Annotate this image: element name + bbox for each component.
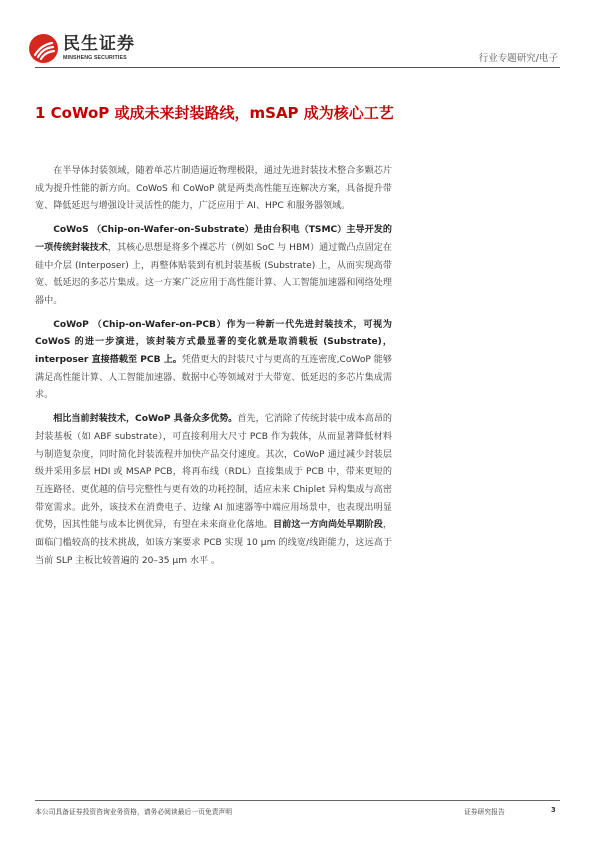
company-logo: 民生证券 MINSHENG SECURITIES — [29, 30, 135, 66]
paragraph-bold-emphasis: 目前这一方向尚处早期阶段 — [273, 520, 383, 530]
paragraph-cowop: CoWoP （Chip-on-Wafer-on-PCB）作为一种新一代先进封装技… — [35, 317, 392, 406]
paragraph-text: 在半导体封装领域，随着单芯片制造逼近物理极限，通过先进封装技术整合多颗芯片成为提… — [35, 166, 392, 211]
footer-divider — [35, 800, 560, 801]
paragraph-text: 首先，它消除了传统封装中成本高昂的封装基板（如 ABF substrate），可… — [35, 414, 392, 530]
report-category: 行业专题研究/电子 — [479, 50, 558, 64]
logo-english-name: MINSHENG SECURITIES — [63, 54, 135, 62]
header-divider — [35, 67, 560, 68]
footer-disclaimer: 本公司具备证券投资咨询业务资格，请务必阅读最后一页免责声明 — [35, 806, 232, 816]
paragraph-cowos: CoWoS （Chip-on-Wafer-on-Substrate）是由台积电（… — [35, 222, 392, 311]
section-title: 1 CoWoP 或成未来封装路线，mSAP 成为核心工艺 — [35, 100, 395, 127]
paragraph-intro: 在半导体封装领域，随着单芯片制造逼近物理极限，通过先进封装技术整合多颗芯片成为提… — [35, 163, 392, 216]
body-text: 在半导体封装领域，随着单芯片制造逼近物理极限，通过先进封装技术整合多颗芯片成为提… — [35, 163, 392, 576]
paragraph-bold-lead: 相比当前封装技术，CoWoP 具备众多优势。 — [53, 414, 237, 424]
logo-chinese-name: 民生证券 — [63, 35, 135, 54]
page-number: 3 — [551, 806, 556, 814]
footer-report-type: 证券研究报告 — [464, 806, 505, 816]
logo-emblem-icon — [29, 34, 58, 63]
paragraph-advantages: 相比当前封装技术，CoWoP 具备众多优势。首先，它消除了传统封装中成本高昂的封… — [35, 411, 392, 570]
